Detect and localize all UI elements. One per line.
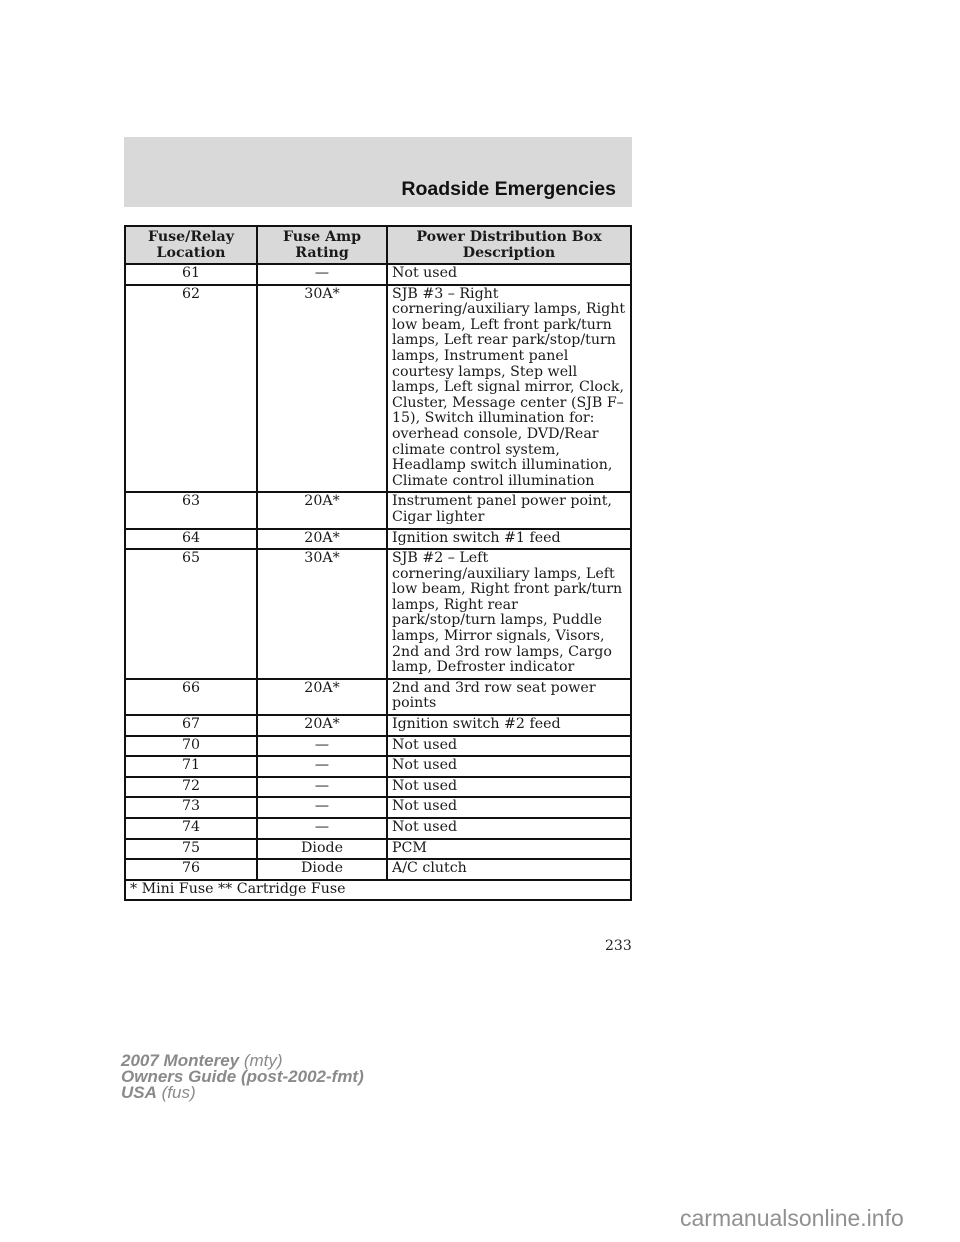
column-header-rating: Fuse AmpRating: [257, 226, 387, 264]
cell-description: Not used: [387, 736, 631, 757]
cell-location: 74: [125, 818, 257, 839]
cell-description: Not used: [387, 797, 631, 818]
table-row: 71—Not used: [125, 756, 631, 777]
cell-description: Not used: [387, 818, 631, 839]
cell-description: PCM: [387, 839, 631, 860]
cell-rating: —: [257, 264, 387, 285]
cell-rating: 30A*: [257, 549, 387, 679]
footnote: * Mini Fuse ** Cartridge Fuse: [125, 880, 631, 901]
cell-rating: —: [257, 777, 387, 798]
cell-description: A/C clutch: [387, 859, 631, 880]
cell-location: 75: [125, 839, 257, 860]
cell-location: 76: [125, 859, 257, 880]
footer-market-code: (fus): [162, 1083, 196, 1102]
cell-description: 2nd and 3rd row seat power points: [387, 679, 631, 715]
cell-description: SJB #3 – Right cornering/auxiliary lamps…: [387, 285, 631, 493]
table-row: 74—Not used: [125, 818, 631, 839]
table-row: 6530A*SJB #2 – Left cornering/auxiliary …: [125, 549, 631, 679]
cell-rating: 20A*: [257, 715, 387, 736]
document-footer: 2007 Monterey (mty) Owners Guide (post-2…: [121, 1053, 364, 1101]
cell-location: 71: [125, 756, 257, 777]
section-title: Roadside Emergencies: [401, 178, 616, 201]
cell-description: Not used: [387, 264, 631, 285]
cell-description: Not used: [387, 756, 631, 777]
cell-location: 72: [125, 777, 257, 798]
cell-location: 61: [125, 264, 257, 285]
section-header-band: Roadside Emergencies: [124, 137, 632, 207]
cell-rating: 30A*: [257, 285, 387, 493]
table-header-row: Fuse/RelayLocation Fuse AmpRating Power …: [125, 226, 631, 264]
table-row: 6720A*Ignition switch #2 feed: [125, 715, 631, 736]
cell-description: Not used: [387, 777, 631, 798]
footer-market: USA: [121, 1083, 157, 1102]
cell-rating: —: [257, 756, 387, 777]
footnote-row: * Mini Fuse ** Cartridge Fuse: [125, 880, 631, 901]
table-row: 6230A*SJB #3 – Right cornering/auxiliary…: [125, 285, 631, 493]
cell-location: 65: [125, 549, 257, 679]
table-row: 6420A*Ignition switch #1 feed: [125, 529, 631, 550]
cell-location: 73: [125, 797, 257, 818]
cell-description: Ignition switch #1 feed: [387, 529, 631, 550]
page-number: 233: [605, 938, 632, 954]
cell-rating: —: [257, 736, 387, 757]
table-row: 72—Not used: [125, 777, 631, 798]
table-row: 6320A*Instrument panel power point, Ciga…: [125, 492, 631, 528]
cell-location: 63: [125, 492, 257, 528]
table-row: 61—Not used: [125, 264, 631, 285]
cell-description: Ignition switch #2 feed: [387, 715, 631, 736]
cell-location: 67: [125, 715, 257, 736]
cell-location: 64: [125, 529, 257, 550]
table-row: 75DiodePCM: [125, 839, 631, 860]
cell-rating: 20A*: [257, 679, 387, 715]
column-header-location: Fuse/RelayLocation: [125, 226, 257, 264]
cell-rating: Diode: [257, 839, 387, 860]
cell-rating: —: [257, 818, 387, 839]
column-header-description: Power Distribution BoxDescription: [387, 226, 631, 264]
cell-rating: 20A*: [257, 529, 387, 550]
table-row: 76DiodeA/C clutch: [125, 859, 631, 880]
watermark: carmanualsonline.info: [680, 1205, 904, 1232]
cell-rating: 20A*: [257, 492, 387, 528]
cell-rating: Diode: [257, 859, 387, 880]
cell-description: SJB #2 – Left cornering/auxiliary lamps,…: [387, 549, 631, 679]
cell-rating: —: [257, 797, 387, 818]
table-row: 6620A*2nd and 3rd row seat power points: [125, 679, 631, 715]
cell-location: 70: [125, 736, 257, 757]
table-row: 73—Not used: [125, 797, 631, 818]
fuse-table: Fuse/RelayLocation Fuse AmpRating Power …: [124, 225, 632, 901]
cell-location: 66: [125, 679, 257, 715]
cell-description: Instrument panel power point, Cigar ligh…: [387, 492, 631, 528]
cell-location: 62: [125, 285, 257, 493]
table-row: 70—Not used: [125, 736, 631, 757]
